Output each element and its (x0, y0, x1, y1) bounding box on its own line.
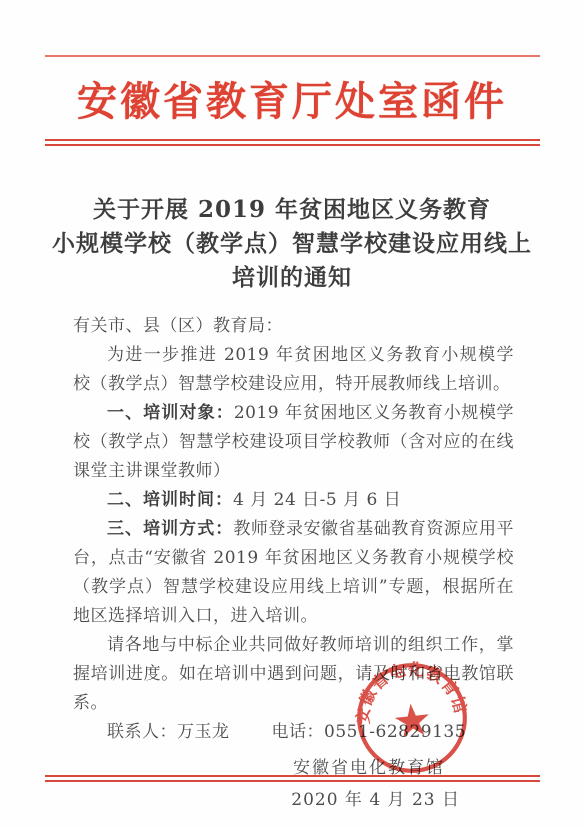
intro-paragraph: 为进一步推进 2019 年贫困地区义务教育小规模学校（教学点）智慧学校建设应用，… (73, 341, 514, 399)
intro-paragraph-text: 为进一步推进 2019 年贫困地区义务教育小规模学校（教学点）智慧学校建设应用，… (73, 345, 514, 394)
document-body: 有关市、县（区）教育局： 为进一步推进 2019 年贫困地区义务教育小规模学校（… (73, 312, 514, 815)
section-training-time: 二、培训时间：4 月 24 日-5 月 6 日 (73, 486, 514, 515)
bottom-rule (45, 775, 540, 782)
document-title-line3: 培训的通知 (30, 261, 554, 295)
contact-phone: 0551-62829135 (324, 722, 466, 742)
document-title-line1: 关于开展 2019 年贫困地区义务教育 (30, 193, 554, 227)
section-training-method: 三、培训方式：教师登录安徽省基础教育资源应用平台，点击“安徽省 2019 年贫困… (73, 515, 514, 631)
document-title-line2: 小规模学校（教学点）智慧学校建设应用线上 (30, 227, 554, 261)
section-training-target: 一、培训对象：2019 年贫困地区义务教育小规模学校（教学点）智慧学校建设项目学… (73, 399, 514, 486)
document-page: 安徽省教育厅处室函件 关于开展 2019 年贫困地区义务教育 小规模学校（教学点… (0, 0, 584, 827)
section-3-label: 三、培训方式： (107, 519, 233, 539)
letterhead-separator-rule (45, 139, 540, 146)
signature-date: 2020 年 4 月 23 日 (73, 786, 514, 815)
section-1-label: 一、培训对象： (107, 403, 234, 423)
closing-paragraph: 请各地与中标企业共同做好教师培训的组织工作，掌握培训进度。如在培训中遇到问题，请… (73, 631, 514, 718)
letterhead-title: 安徽省教育厅处室函件 (0, 70, 584, 127)
contact-phone-label: 电话： (272, 722, 325, 742)
section-2-label: 二、培训时间： (107, 490, 233, 510)
contact-name: 万玉龙 (177, 722, 230, 742)
salutation: 有关市、县（区）教育局： (73, 312, 514, 341)
contact-name-label: 联系人： (107, 722, 177, 742)
top-rule (45, 55, 540, 57)
document-title: 关于开展 2019 年贫困地区义务教育 小规模学校（教学点）智慧学校建设应用线上… (30, 193, 554, 295)
section-2-text: 4 月 24 日-5 月 6 日 (233, 490, 401, 510)
closing-paragraph-text: 请各地与中标企业共同做好教师培训的组织工作，掌握培训进度。如在培训中遇到问题，请… (73, 635, 514, 713)
contact-line: 联系人：万玉龙电话：0551-62829135 (73, 718, 514, 747)
